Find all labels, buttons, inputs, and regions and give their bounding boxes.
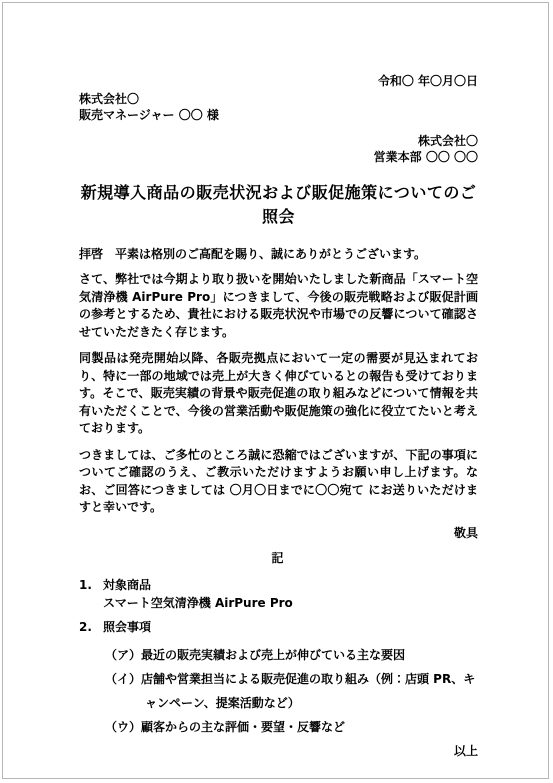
list-item-title: 照会事項 <box>103 620 151 634</box>
record-marker: 記 <box>79 550 478 567</box>
recipient-company: 株式会社〇 <box>79 91 478 108</box>
sender-company: 株式会社〇 <box>79 133 478 150</box>
sender-name: 営業本部 〇〇 〇〇 <box>79 149 478 166</box>
inquiry-subitems: （ア）最近の販売実績および売上が伸びている主な要因 （イ）店舗や営業担当による販… <box>79 643 478 739</box>
recipient-block: 株式会社〇 販売マネージャー 〇〇 様 <box>79 91 478 124</box>
record-list: 1.対象商品 スマート空気清浄機 AirPure Pro 2.照会事項 （ア）最… <box>79 577 478 740</box>
inquiry-subitem-b: （イ）店舗や営業担当による販売促進の取り組み（例：店頭 PR、キャンペーン、提案… <box>105 667 478 715</box>
list-item-number: 1. <box>79 577 103 594</box>
recipient-name: 販売マネージャー 〇〇 様 <box>79 107 478 124</box>
list-item-inquiry: 2.照会事項 <box>79 619 478 636</box>
greeting-line: 拝啓 平素は格別のご高配を賜り、誠にありがとうございます。 <box>79 246 478 263</box>
document-page: 令和〇 年〇月〇日 株式会社〇 販売マネージャー 〇〇 様 株式会社〇 営業本部… <box>2 2 549 779</box>
list-item-detail: スマート空気清浄機 AirPure Pro <box>79 595 478 612</box>
sender-block: 株式会社〇 営業本部 〇〇 〇〇 <box>79 133 478 166</box>
list-item-number: 2. <box>79 619 103 636</box>
letter-title: 新規導入商品の販売状況および販促施策についてのご照会 <box>79 181 478 229</box>
letter-content: 令和〇 年〇月〇日 株式会社〇 販売マネージャー 〇〇 様 株式会社〇 営業本部… <box>3 3 548 760</box>
closing-word: 敬具 <box>79 525 478 542</box>
body-paragraph-3: つきましては、ご多忙のところ誠に恐縮ではございますが、下記の事項についてご確認の… <box>79 447 478 517</box>
list-item-title: 対象商品 <box>103 578 151 592</box>
screenshot-stage: 令和〇 年〇月〇日 株式会社〇 販売マネージャー 〇〇 様 株式会社〇 営業本部… <box>0 0 553 783</box>
body-paragraph-2: 同製品は発売開始以降、各販売拠点において一定の需要が見込まれており、特に一部の地… <box>79 350 478 438</box>
inquiry-subitem-a: （ア）最近の販売実績および売上が伸びている主な要因 <box>105 643 478 667</box>
body-paragraph-1: さて、弊社では今期より取り扱いを開始いたしました新商品「スマート空気清浄機 Ai… <box>79 271 478 341</box>
footer-word: 以上 <box>79 743 478 760</box>
letter-date: 令和〇 年〇月〇日 <box>79 73 478 90</box>
inquiry-subitem-c: （ウ）顧客からの主な評価・要望・反響など <box>105 715 478 739</box>
list-item-target-product: 1.対象商品 <box>79 577 478 594</box>
